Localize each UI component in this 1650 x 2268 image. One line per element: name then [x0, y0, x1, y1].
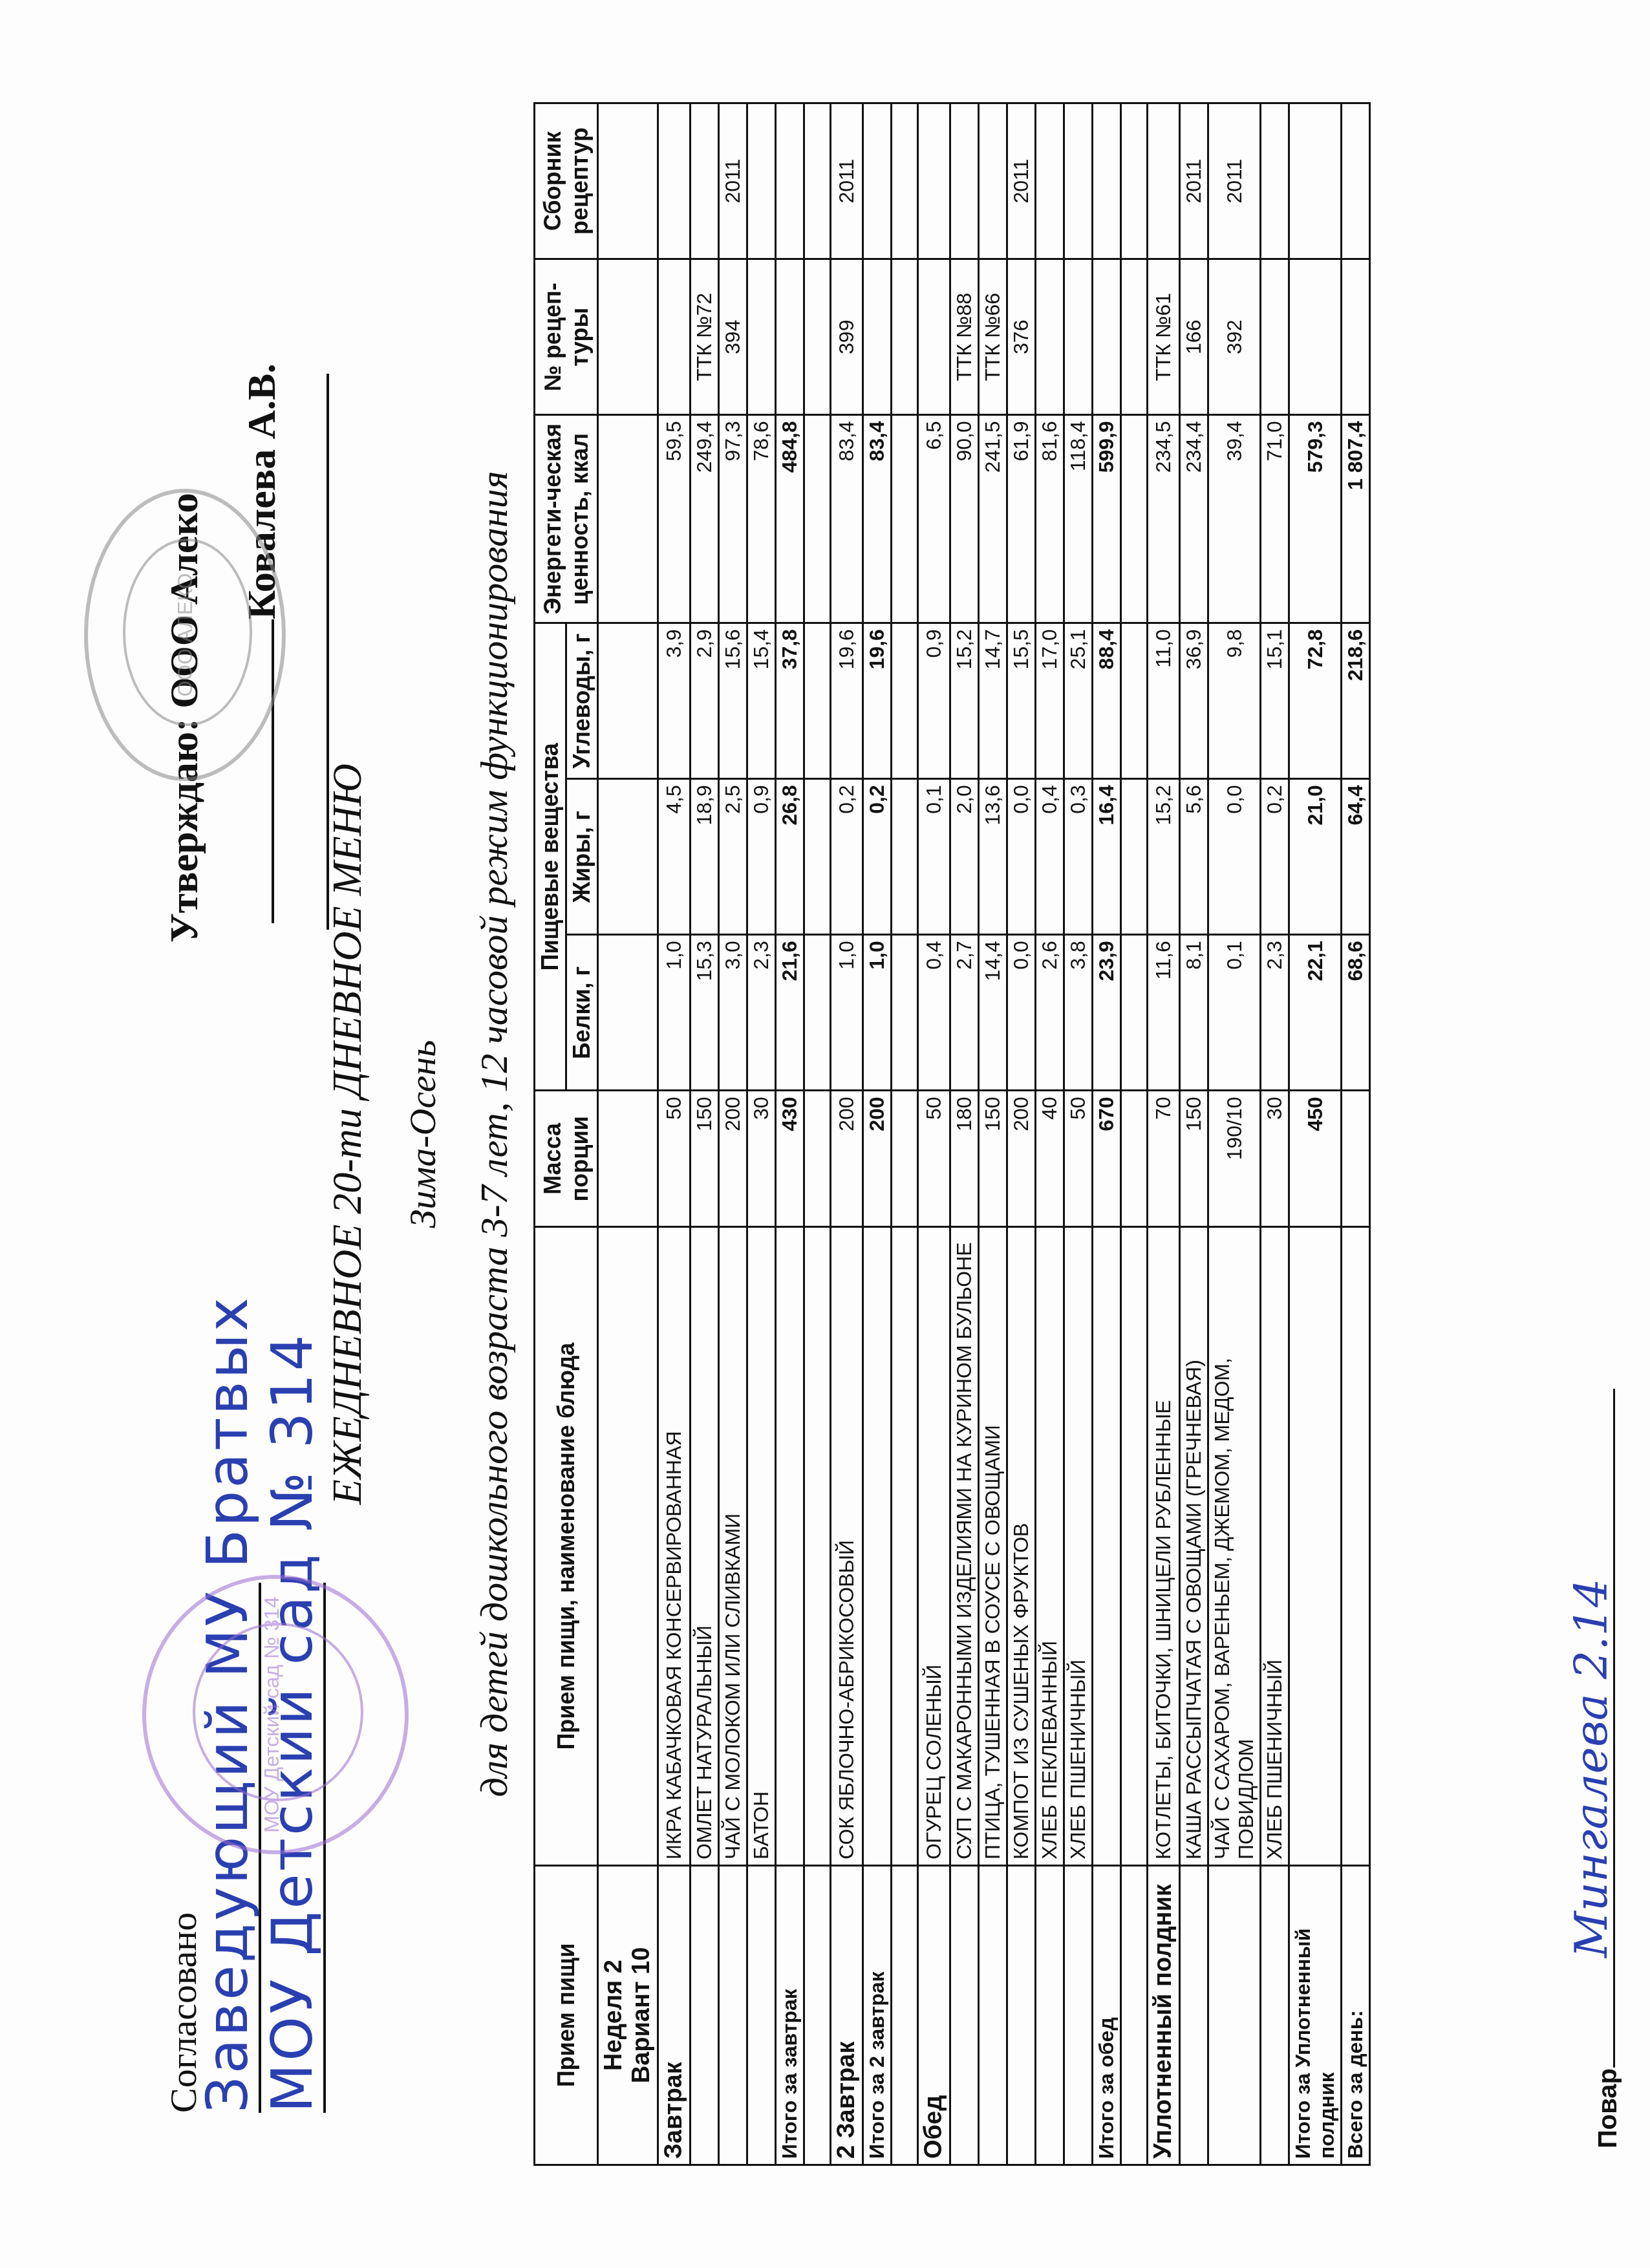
cell-book: 2011 — [1208, 103, 1261, 259]
cell-carbs: 37,8 — [776, 623, 804, 779]
cell-protein: 0,0 — [1007, 935, 1036, 1091]
cell-meal — [804, 1865, 831, 2165]
cell-protein: 22,1 — [1289, 935, 1342, 1091]
cell-energy: 83,4 — [831, 415, 863, 623]
cell-protein — [1121, 935, 1148, 1091]
cell-meal: Итого за Уплотненный полдник — [1289, 1865, 1342, 2165]
table-row: ЗавтракИКРА КАБАЧКОВАЯ КОНСЕРВИРОВАННАЯ5… — [658, 103, 691, 2165]
cell-book: 2011 — [1180, 103, 1208, 259]
cell-fat: 0,0 — [1208, 779, 1261, 935]
cell-dish: ПТИЦА, ТУШЕННАЯ В СОУСЕ С ОВОЩАМИ — [979, 1227, 1007, 1866]
cell-carbs: 15,2 — [950, 623, 979, 779]
cell-meal — [719, 1865, 747, 2165]
cell-meal — [979, 1865, 1007, 2165]
cell-carbs: 0,9 — [918, 623, 950, 779]
cell-fat: 0,3 — [1064, 779, 1093, 935]
cell-dish: ИКРА КАБАЧКОВАЯ КОНСЕРВИРОВАННАЯ — [658, 1227, 691, 1866]
cell-energy: 81,6 — [1036, 415, 1064, 623]
cell-mass: 50 — [658, 1091, 691, 1227]
cell-energy: 6,5 — [918, 415, 950, 623]
cell-carbs: 19,6 — [863, 623, 892, 779]
col-energy: Энергети-ческая ценность, ккал — [535, 415, 598, 623]
cell-mass: 40 — [1036, 1091, 1064, 1227]
cell-meal: Обед — [918, 1865, 950, 2165]
cell-protein: 3,0 — [719, 935, 747, 1091]
col-mass: Масса порции — [535, 1091, 598, 1227]
cell-book — [1289, 103, 1342, 259]
cell-recipe — [1036, 259, 1064, 415]
cell-fat: 26,8 — [776, 779, 804, 935]
cell-recipe — [804, 259, 831, 415]
cell-meal — [1180, 1865, 1208, 2165]
cell-mass: 70 — [1148, 1091, 1180, 1227]
table-row: 2 ЗавтракСОК ЯБЛОЧНО-АБРИКОСОВЫЙ2001,00,… — [831, 103, 863, 2165]
col-nutrients: Пищевые вещества — [535, 623, 566, 1091]
cell-recipe: ТТК №88 — [950, 259, 979, 415]
cell-fat — [892, 779, 918, 935]
cell-protein: 8,1 — [1180, 935, 1208, 1091]
cell-mass: 180 — [950, 1091, 979, 1227]
cell-carbs: 15,1 — [1261, 623, 1289, 779]
cell-fat: 0,1 — [918, 779, 950, 935]
cell-mass: 200 — [719, 1091, 747, 1227]
cell-energy: 59,5 — [658, 415, 691, 623]
cell-carbs: 14,7 — [979, 623, 1007, 779]
cell-mass: 30 — [747, 1091, 776, 1227]
cell-dish: КАША РАССЫПЧАТАЯ С ОВОЩАМИ (ГРЕЧНЕВАЯ) — [1180, 1227, 1208, 1866]
cell-meal: Завтрак — [658, 1865, 691, 2165]
cell-recipe: 166 — [1180, 259, 1208, 415]
cell-mass: 50 — [1064, 1091, 1093, 1227]
cell-book — [1064, 103, 1093, 259]
cell-book — [1261, 103, 1289, 259]
cell-meal: Всего за день: — [1342, 1865, 1370, 2165]
cell-mass: 50 — [918, 1091, 950, 1227]
cell-recipe — [1064, 259, 1093, 415]
cell-book — [1121, 103, 1148, 259]
table-total-row: Итого за Уплотненный полдник45022,121,07… — [1289, 103, 1342, 2165]
cell-dish: СОК ЯБЛОЧНО-АБРИКОСОВЫЙ — [831, 1227, 863, 1866]
cell-dish — [892, 1227, 918, 1866]
season-label: Зима-Осень — [401, 0, 444, 2268]
menu-table: Прием пищи Прием пищи, наименование блюд… — [533, 102, 1371, 2166]
cell-protein: 23,9 — [1093, 935, 1121, 1091]
cell-fat: 0,9 — [747, 779, 776, 935]
cell-book — [1148, 103, 1180, 259]
cell-mass: 670 — [1093, 1091, 1121, 1227]
table-row: ХЛЕБ ПШЕНИЧНЫЙ302,30,215,171,0 — [1261, 103, 1289, 2165]
table-row: ПТИЦА, ТУШЕННАЯ В СОУСЕ С ОВОЩАМИ15014,4… — [979, 103, 1007, 2165]
cell-carbs: 15,4 — [747, 623, 776, 779]
menu-sheet: Утверждаю: ООО Алеко Ковалева А.В. ООО А… — [0, 0, 1650, 2268]
cell-carbs — [1121, 623, 1148, 779]
cell-energy — [892, 415, 918, 623]
cell-dish — [863, 1227, 892, 1866]
cell-book: 2011 — [831, 103, 863, 259]
table-spacer-row — [892, 103, 918, 2165]
cell-fat: 0,2 — [863, 779, 892, 935]
table-row: ЧАЙ С МОЛОКОМ ИЛИ СЛИВКАМИ2003,02,515,69… — [719, 103, 747, 2165]
table-row: ХЛЕБ ПШЕНИЧНЫЙ503,80,325,1118,4 — [1064, 103, 1093, 2165]
cell-mass: 450 — [1289, 1091, 1342, 1227]
cell-book — [892, 103, 918, 259]
cell-dish — [804, 1227, 831, 1866]
cell-energy: 241,5 — [979, 415, 1007, 623]
cell-fat: 64,4 — [1342, 779, 1370, 935]
cell-carbs: 17,0 — [1036, 623, 1064, 779]
cell-book — [950, 103, 979, 259]
cell-fat: 13,6 — [979, 779, 1007, 935]
cell-meal: Итого за 2 завтрак — [863, 1865, 892, 2165]
cell-fat: 4,5 — [658, 779, 691, 935]
cell-book: 2011 — [1007, 103, 1036, 259]
table-row: ХЛЕБ ПЕКЛЕВАННЫЙ402,60,417,081,6 — [1036, 103, 1064, 2165]
cell-recipe: 394 — [719, 259, 747, 415]
cell-mass: 190/10 — [1208, 1091, 1261, 1227]
col-protein: Белки, г — [566, 935, 598, 1091]
col-recipe-book: Сборник рецептур — [535, 103, 598, 259]
cell-meal — [747, 1865, 776, 2165]
cell-book — [747, 103, 776, 259]
cell-carbs: 36,9 — [1180, 623, 1208, 779]
week-variant: Неделя 2 Вариант 10 — [598, 1865, 658, 2165]
cell-carbs: 72,8 — [1289, 623, 1342, 779]
cell-fat: 21,0 — [1289, 779, 1342, 935]
cell-protein: 1,0 — [831, 935, 863, 1091]
table-row: ОбедОГУРЕЦ СОЛЕНЫЙ500,40,10,96,5 — [918, 103, 950, 2165]
table-spacer-row — [804, 103, 831, 2165]
cell-meal: Итого за завтрак — [776, 1865, 804, 2165]
cell-fat: 18,9 — [691, 779, 719, 935]
cell-dish: ХЛЕБ ПШЕНИЧНЫЙ — [1064, 1227, 1093, 1866]
cell-book — [691, 103, 719, 259]
cell-carbs: 15,5 — [1007, 623, 1036, 779]
cell-protein: 0,4 — [918, 935, 950, 1091]
cell-carbs: 3,9 — [658, 623, 691, 779]
col-dish: Прием пищи, наименование блюда — [535, 1227, 598, 1866]
cell-energy — [804, 415, 831, 623]
cell-recipe — [747, 259, 776, 415]
cell-recipe: 392 — [1208, 259, 1261, 415]
table-row: Уплотненный полдникКОТЛЕТЫ, БИТОЧКИ, ШНИ… — [1148, 103, 1180, 2165]
cell-dish: ЧАЙ С САХАРОМ, ВАРЕНЬЕМ, ДЖЕМОМ, МЕДОМ, … — [1208, 1227, 1261, 1866]
cell-mass: 30 — [1261, 1091, 1289, 1227]
cell-meal — [950, 1865, 979, 2165]
cell-mass: 150 — [1180, 1091, 1208, 1227]
cell-mass: 200 — [1007, 1091, 1036, 1227]
cell-energy: 39,4 — [1208, 415, 1261, 623]
table-total-row: Всего за день:68,664,4218,61 807,4 — [1342, 103, 1370, 2165]
cell-mass: 200 — [863, 1091, 892, 1227]
cell-recipe: ТТК №61 — [1148, 259, 1180, 415]
cell-energy: 599,9 — [1093, 415, 1121, 623]
table-total-row: Итого за завтрак43021,626,837,8484,8 — [776, 103, 804, 2165]
cell-meal — [1007, 1865, 1036, 2165]
cell-recipe: ТТК №72 — [691, 259, 719, 415]
company-stamp: ООО АЛЕКО — [84, 489, 286, 781]
cell-book — [1342, 103, 1370, 259]
col-carbs: Углеводы, г — [566, 623, 598, 779]
cell-fat: 5,6 — [1180, 779, 1208, 935]
cell-fat: 2,5 — [719, 779, 747, 935]
cell-meal: 2 Завтрак — [831, 1865, 863, 2165]
table-row: ЧАЙ С САХАРОМ, ВАРЕНЬЕМ, ДЖЕМОМ, МЕДОМ, … — [1208, 103, 1261, 2165]
cell-dish: БАТОН — [747, 1227, 776, 1866]
cell-protein: 1,0 — [658, 935, 691, 1091]
cell-meal — [1208, 1865, 1261, 2165]
cook-label: Повар — [1594, 2068, 1623, 2148]
cell-book: 2011 — [719, 103, 747, 259]
cell-energy: 78,6 — [747, 415, 776, 623]
cell-recipe — [1121, 259, 1148, 415]
table-row: БАТОН302,30,915,478,6 — [747, 103, 776, 2165]
cell-protein — [804, 935, 831, 1091]
document-title: ЕЖЕДНЕВНОЕ 20-ти ДНЕВНОЕ МЕНЮ — [323, 0, 371, 2268]
col-meal: Прием пищи — [535, 1865, 598, 2165]
cell-carbs: 11,0 — [1148, 623, 1180, 779]
cell-fat — [804, 779, 831, 935]
cell-meal — [1121, 1865, 1148, 2165]
cell-mass: 150 — [979, 1091, 1007, 1227]
cell-energy: 97,3 — [719, 415, 747, 623]
cell-energy: 71,0 — [1261, 415, 1289, 623]
cell-dish — [1342, 1227, 1370, 1866]
cell-carbs: 25,1 — [1064, 623, 1093, 779]
cell-meal: Уплотненный полдник — [1148, 1865, 1180, 2165]
cell-recipe — [1289, 259, 1342, 415]
cell-meal — [1261, 1865, 1289, 2165]
cell-dish: ОГУРЕЦ СОЛЕНЫЙ — [918, 1227, 950, 1866]
cell-dish: КОТЛЕТЫ, БИТОЧКИ, ШНИЦЕЛИ РУБЛЕННЫЕ — [1148, 1227, 1180, 1866]
cell-meal: Итого за обед — [1093, 1865, 1121, 2165]
cell-recipe: 399 — [831, 259, 863, 415]
cell-protein: 3,8 — [1064, 935, 1093, 1091]
cell-carbs: 15,6 — [719, 623, 747, 779]
cell-energy — [1121, 415, 1148, 623]
cell-meal — [892, 1865, 918, 2165]
cell-recipe — [1093, 259, 1121, 415]
table-spacer-row — [1121, 103, 1148, 2165]
cell-protein: 2,3 — [747, 935, 776, 1091]
cell-recipe — [1261, 259, 1289, 415]
cell-carbs: 88,4 — [1093, 623, 1121, 779]
cell-energy: 90,0 — [950, 415, 979, 623]
cell-recipe — [776, 259, 804, 415]
cell-protein: 14,4 — [979, 935, 1007, 1091]
cell-fat: 2,0 — [950, 779, 979, 935]
cell-book — [979, 103, 1007, 259]
cell-dish — [1093, 1227, 1121, 1866]
cell-protein: 2,6 — [1036, 935, 1064, 1091]
cell-dish: ХЛЕБ ПШЕНИЧНЫЙ — [1261, 1227, 1289, 1866]
cell-mass: 200 — [831, 1091, 863, 1227]
cell-dish: КОМПОТ ИЗ СУШЕНЫХ ФРУКТОВ — [1007, 1227, 1036, 1866]
cell-protein: 1,0 — [863, 935, 892, 1091]
col-fat: Жиры, г — [566, 779, 598, 935]
table-total-row: Итого за обед67023,916,488,4599,9 — [1093, 103, 1121, 2165]
cell-book — [863, 103, 892, 259]
cell-dish: ОМЛЕТ НАТУРАЛЬНЫЙ — [691, 1227, 719, 1866]
cell-mass — [892, 1091, 918, 1227]
cell-mass — [804, 1091, 831, 1227]
col-recipe-no: № рецеп-туры — [535, 259, 598, 415]
cell-protein: 21,6 — [776, 935, 804, 1091]
table-row: СУП С МАКАРОННЫМИ ИЗДЕЛИЯМИ НА КУРИНОМ Б… — [950, 103, 979, 2165]
cell-dish: ЧАЙ С МОЛОКОМ ИЛИ СЛИВКАМИ — [719, 1227, 747, 1866]
cell-mass: 150 — [691, 1091, 719, 1227]
cell-carbs: 19,6 — [831, 623, 863, 779]
cell-carbs: 218,6 — [1342, 623, 1370, 779]
cell-fat: 0,0 — [1007, 779, 1036, 935]
cell-recipe: ТТК №66 — [979, 259, 1007, 415]
cell-book — [804, 103, 831, 259]
cell-protein: 2,3 — [1261, 935, 1289, 1091]
cell-dish: ХЛЕБ ПЕКЛЕВАННЫЙ — [1036, 1227, 1064, 1866]
cell-protein — [892, 935, 918, 1091]
cell-mass — [1342, 1091, 1370, 1227]
cell-fat: 0,4 — [1036, 779, 1064, 935]
cell-book — [658, 103, 691, 259]
cell-book — [1093, 103, 1121, 259]
cell-energy: 249,4 — [691, 415, 719, 623]
cell-energy: 484,8 — [776, 415, 804, 623]
cell-book — [918, 103, 950, 259]
cell-energy: 234,4 — [1180, 415, 1208, 623]
document-subtitle: для детей дошкольного возраста 3-7 лет, … — [472, 0, 517, 2268]
table-row: КАША РАССЫПЧАТАЯ С ОВОЩАМИ (ГРЕЧНЕВАЯ)15… — [1180, 103, 1208, 2165]
cell-dish — [1121, 1227, 1148, 1866]
cell-mass: 430 — [776, 1091, 804, 1227]
cell-mass — [1121, 1091, 1148, 1227]
cell-recipe — [892, 259, 918, 415]
cell-protein: 15,3 — [691, 935, 719, 1091]
cell-carbs: 2,9 — [691, 623, 719, 779]
cell-fat: 16,4 — [1093, 779, 1121, 935]
cell-fat: 15,2 — [1148, 779, 1180, 935]
cell-fat: 0,2 — [831, 779, 863, 935]
cell-energy: 579,3 — [1289, 415, 1342, 623]
cell-carbs — [892, 623, 918, 779]
cell-meal — [691, 1865, 719, 2165]
cell-energy: 83,4 — [863, 415, 892, 623]
cell-protein: 68,6 — [1342, 935, 1370, 1091]
cell-recipe — [1342, 259, 1370, 415]
cell-recipe — [658, 259, 691, 415]
cell-fat — [1121, 779, 1148, 935]
cell-meal — [1036, 1865, 1064, 2165]
table-row: ОМЛЕТ НАТУРАЛЬНЫЙ15015,318,92,9249,4ТТК … — [691, 103, 719, 2165]
cell-meal — [1064, 1865, 1093, 2165]
cell-carbs — [804, 623, 831, 779]
cell-recipe: 376 — [1007, 259, 1036, 415]
cell-fat: 0,2 — [1261, 779, 1289, 935]
cell-recipe — [863, 259, 892, 415]
cell-carbs: 9,8 — [1208, 623, 1261, 779]
cell-energy: 118,4 — [1064, 415, 1093, 623]
cell-dish — [776, 1227, 804, 1866]
cell-energy: 61,9 — [1007, 415, 1036, 623]
cell-energy: 234,5 — [1148, 415, 1180, 623]
cell-protein: 11,6 — [1148, 935, 1180, 1091]
cell-book — [776, 103, 804, 259]
table-total-row: Итого за 2 завтрак2001,00,219,683,4 — [863, 103, 892, 2165]
cell-book — [1036, 103, 1064, 259]
cell-energy: 1 807,4 — [1342, 415, 1370, 623]
cell-protein: 0,1 — [1208, 935, 1261, 1091]
table-row: КОМПОТ ИЗ СУШЕНЫХ ФРУКТОВ2000,00,015,561… — [1007, 103, 1036, 2165]
cook-signature: Мингалева 2.14 — [1565, 1578, 1618, 1958]
cell-dish — [1289, 1227, 1342, 1866]
cell-recipe — [918, 259, 950, 415]
cell-dish: СУП С МАКАРОННЫМИ ИЗДЕЛИЯМИ НА КУРИНОМ Б… — [950, 1227, 979, 1866]
cell-protein: 2,7 — [950, 935, 979, 1091]
